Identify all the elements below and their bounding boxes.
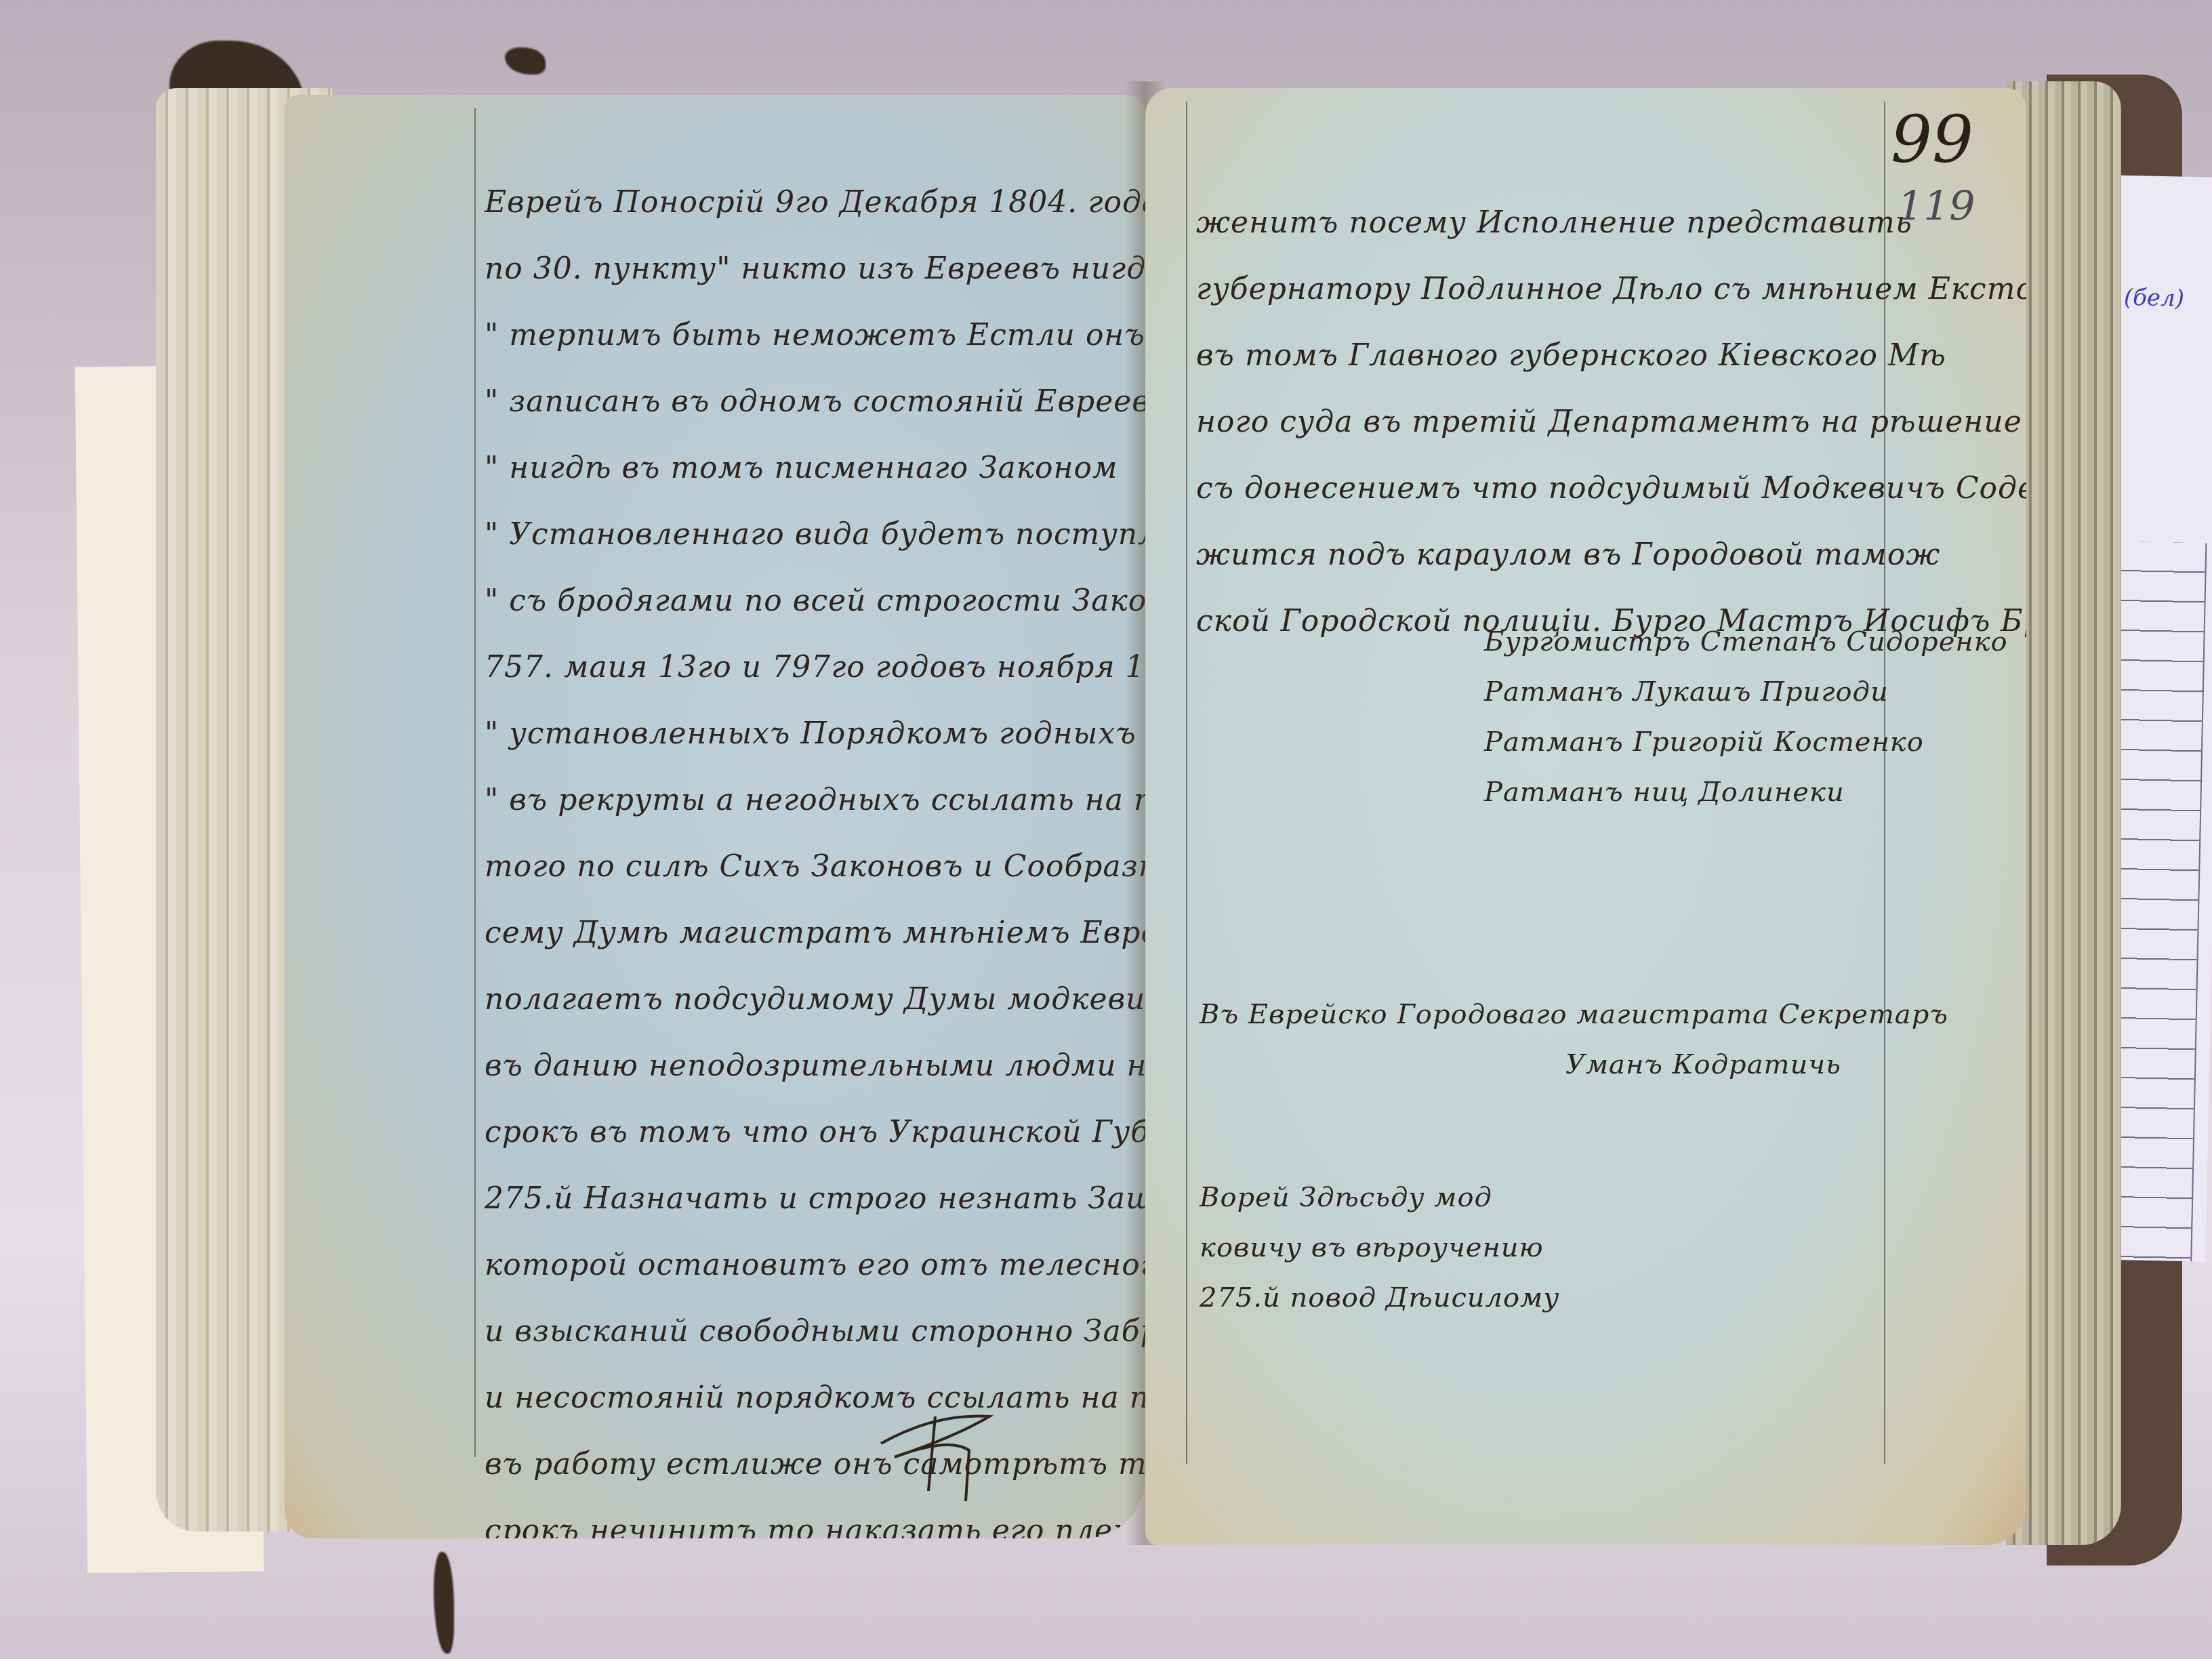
text-line: " установленныхъ Порядкомъ годныхъ отдав…	[485, 701, 1145, 767]
text-line: женитъ посему Исполнение представить	[1196, 190, 2026, 256]
text-line: " терпимъ быть неможетъ Естли онъ небу	[485, 302, 1145, 369]
text-line: въ томъ Главного губернского Кіевского М…	[1196, 323, 2026, 389]
text-line: въ работу естлиже онъ самотрѣтъ такой ту…	[485, 1431, 1145, 1498]
margin-rule	[474, 108, 476, 1457]
note-line: ковичу въ вѣроучению	[1200, 1223, 1559, 1273]
text-line: сему Думѣ магистратъ мнѣніемъ Еврея	[485, 900, 1145, 966]
text-line: полагаетъ подсудимому Думы модкевичу	[485, 966, 1145, 1033]
left-page-text: Еврейъ Поносрій 9го Декабря 1804. года п…	[485, 169, 1145, 1538]
secretary-signature: Въ Еврейско Городоваго магистрата Секрет…	[1200, 989, 1948, 1090]
margin-note: Ворей Здѣсьду мод ковичу въ вѣроучению 2…	[1200, 1172, 1559, 1323]
text-line: губернатору Подлинное Дѣло съ мнѣнием Ек…	[1196, 256, 2026, 323]
text-line: съ донесениемъ что подсудимый Модкевичъ …	[1196, 455, 2026, 522]
folio-number: 99	[1891, 102, 1973, 178]
text-line: въ данию неподозрительными людми назначи…	[485, 1033, 1145, 1099]
secretary-line: Въ Еврейско Городоваго магистрата Секрет…	[1200, 989, 1948, 1040]
magistrate-signatures: Бургомистръ Степанъ Сидоренко Ратманъ Лу…	[1484, 617, 2008, 817]
text-line: 757. маия 13го и 797го годовъ ноября 15г…	[485, 634, 1145, 701]
text-line: того по силѣ Сихъ Законовъ и Сообразно	[485, 834, 1145, 900]
text-line: которой остановитъ его отъ телесного нак…	[485, 1232, 1145, 1298]
right-page: 99 119 женитъ посему Исполнение представ…	[1145, 88, 2026, 1545]
binding-thread	[434, 1552, 454, 1654]
text-line: " записанъ въ одномъ состояній Евреевъ х…	[485, 369, 1145, 435]
signature-line: Бургомистръ Степанъ Сидоренко	[1484, 617, 2008, 667]
secretary-name: Уманъ Кодратичь	[1200, 1040, 1948, 1090]
signature-flourish-icon	[874, 1410, 996, 1504]
note-line: Ворей Здѣсьду мод	[1200, 1172, 1559, 1223]
signature-line: Ратманъ Лукашъ Пригоди	[1484, 667, 2008, 717]
margin-rule	[1186, 102, 1187, 1464]
text-line: срокъ нечинитъ то наказать его плетьми	[485, 1498, 1145, 1538]
binding-thread	[505, 47, 546, 75]
text-line: " Установленнаго вида будетъ поступлено …	[485, 501, 1145, 568]
note-line: 275.й повод Дѣисилому	[1200, 1273, 1559, 1323]
text-line: Еврейъ Поносрій 9го Декабря 1804. года	[485, 169, 1145, 236]
text-line: по 30. пункту" никто изъ Евреевъ нигдѣ в…	[485, 236, 1145, 302]
text-line: 275.й Назначать и строго незнать Защищае…	[485, 1166, 1145, 1232]
text-line: " въ рекруты а негодныхъ ссылать на посе…	[485, 767, 1145, 834]
signature-line: Ратманъ Григорій Костенко	[1484, 717, 2008, 767]
signature-line: Ратманъ ниц Долинеки	[1484, 767, 2008, 817]
text-line: " нигдѣ въ томъ писменнаго Законом	[485, 435, 1145, 501]
text-line: ного суда въ третій Департаментъ на рѣше…	[1196, 389, 2026, 455]
text-line: и взысканий свободными сторонно Забродѣ …	[485, 1298, 1145, 1365]
text-line: жится подъ караулом въ Городовой тамож	[1196, 522, 2026, 588]
slip-note: (бел)	[2124, 284, 2185, 312]
left-page: Еврейъ Поносрій 9го Декабря 1804. года п…	[285, 95, 1145, 1538]
text-line: срокъ въ томъ что онъ Украинской Губерни…	[485, 1099, 1145, 1166]
text-line: " съ бродягами по всей строгости Законов…	[485, 568, 1145, 634]
text-line: и несостояній порядкомъ ссылать на посел…	[485, 1365, 1145, 1431]
right-page-text: женитъ посему Исполнение представить губ…	[1196, 190, 2026, 655]
